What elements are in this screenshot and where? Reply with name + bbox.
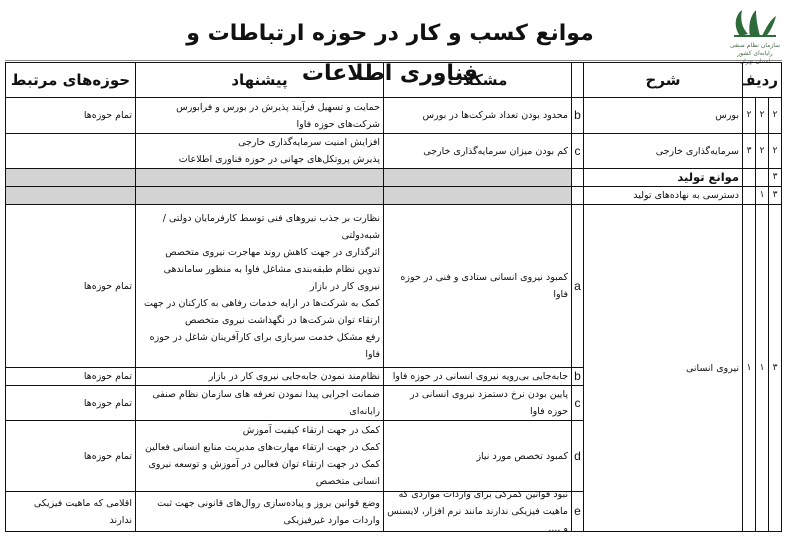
problem-pishnahad: نظارت بر جذب نیروهای فنی توسط کارفرمایان… bbox=[135, 204, 384, 368]
row-index-2: ۱ bbox=[755, 186, 769, 205]
problem-letter: c bbox=[571, 385, 584, 421]
row-index-1: ۳ bbox=[768, 186, 782, 205]
row-index-3: ۲ bbox=[742, 97, 756, 134]
section-fill bbox=[135, 186, 384, 205]
organization-logo-icon bbox=[720, 6, 790, 42]
row-index-2: ۱ bbox=[755, 204, 769, 532]
row-hozeh: تمام حوزه‌ها bbox=[5, 97, 136, 134]
header-hozeh: حوزه‌های مرتبط bbox=[5, 62, 136, 98]
row-index-2 bbox=[755, 168, 769, 187]
row-pishnahad: افزایش امنیت سرمایه‌گذاری خارجی پذیرش پر… bbox=[135, 133, 384, 169]
row-index-1: ۳ bbox=[768, 168, 782, 187]
organization-logo: سازمان نظام صنفی رایانه‌ای کشور استان ته… bbox=[720, 6, 790, 60]
problem-pishnahad: کمک در جهت ارتقاء کیفیت آموزش کمک در جهت… bbox=[135, 420, 384, 492]
problem-hozeh: اقلامی که ماهیت فیزیکی ندارند bbox=[5, 491, 136, 532]
header-pishnahad: پیشنهاد bbox=[135, 62, 384, 98]
problem-pishnahad: ضمانت اجرایی پیدا نمودن تعرفه های سازمان… bbox=[135, 385, 384, 421]
problem-hozeh: تمام حوزه‌ها bbox=[5, 420, 136, 492]
row-sharh: بورس bbox=[583, 97, 743, 134]
row-letter: b bbox=[571, 97, 584, 134]
subsection-title: دسترسی به نهاده‌های تولید bbox=[583, 186, 743, 205]
row-index-2: ۲ bbox=[755, 133, 769, 169]
row-sharh: نیروی انسانی bbox=[583, 204, 743, 532]
problem-hozeh: تمام حوزه‌ها bbox=[5, 204, 136, 368]
row-moshkel: کم بودن میزان سرمایه‌گذاری خارجی bbox=[383, 133, 572, 169]
row-index-3: ۳ bbox=[742, 133, 756, 169]
problem-hozeh: تمام حوزه‌ها bbox=[5, 367, 136, 386]
problem-letter: e bbox=[571, 491, 584, 532]
row-letter: c bbox=[571, 133, 584, 169]
row-index-3: ۱ bbox=[742, 204, 756, 532]
section-title: موانع تولید bbox=[583, 168, 743, 187]
header-radif: ردیف bbox=[742, 62, 782, 98]
section-fill bbox=[383, 168, 572, 187]
problem-moshkel: پایین بودن نرخ دستمزد نیروی انسانی در حو… bbox=[383, 385, 572, 421]
problem-moshkel: کمبود تخصص مورد نیاز bbox=[383, 420, 572, 492]
row-letter bbox=[571, 168, 584, 187]
header-letter-spacer bbox=[571, 62, 584, 98]
problem-pishnahad: نظام‌مند نمودن جابه‌جایی نیروی کار در با… bbox=[135, 367, 384, 386]
row-index-3 bbox=[742, 168, 756, 187]
problem-letter: d bbox=[571, 420, 584, 492]
section-fill bbox=[5, 168, 136, 187]
row-letter bbox=[571, 186, 584, 205]
problem-moshkel: کمبود نیروی انسانی ستادی و فنی در حوزه ف… bbox=[383, 204, 572, 368]
row-moshkel: محدود بودن تعداد شرکت‌ها در بورس bbox=[383, 97, 572, 134]
row-index-2: ۲ bbox=[755, 97, 769, 134]
problem-pishnahad: وضع قوانین بروز و پیاده‌سازی روال‌های قا… bbox=[135, 491, 384, 532]
problem-moshkel: نبود قوانین گمرکی برای واردات مواردی که … bbox=[383, 491, 572, 532]
row-index-1: ۳ bbox=[768, 204, 782, 532]
row-hozeh bbox=[5, 133, 136, 169]
section-fill bbox=[135, 168, 384, 187]
row-index-1: ۲ bbox=[768, 97, 782, 134]
problem-letter: b bbox=[571, 367, 584, 386]
row-index-1: ۲ bbox=[768, 133, 782, 169]
header-sharh: شرح bbox=[583, 62, 743, 98]
section-fill bbox=[383, 186, 572, 205]
header-divider bbox=[5, 60, 782, 61]
header-moshkelat: مشکلات bbox=[383, 62, 572, 98]
org-name: سازمان نظام صنفی رایانه‌ای کشور bbox=[720, 42, 790, 58]
problem-hozeh: تمام حوزه‌ها bbox=[5, 385, 136, 421]
section-fill bbox=[5, 186, 136, 205]
row-index-3 bbox=[742, 186, 756, 205]
problem-letter: a bbox=[571, 204, 584, 368]
row-sharh: سرمایه‌گذاری خارجی bbox=[583, 133, 743, 169]
row-pishnahad: حمایت و تسهیل فرآیند پذیرش در بورس و فرا… bbox=[135, 97, 384, 134]
problem-moshkel: جابه‌جایی بی‌رویه نیروی انسانی در حوزه ف… bbox=[383, 367, 572, 386]
